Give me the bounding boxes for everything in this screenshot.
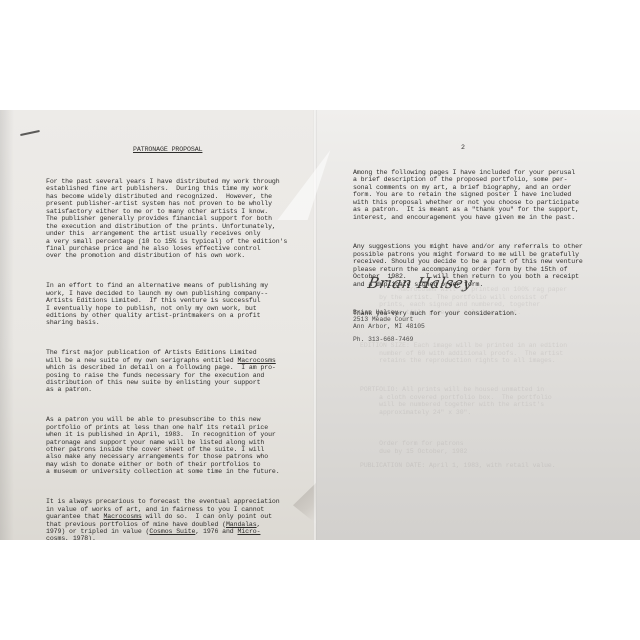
page-number: 2 (461, 144, 465, 151)
paragraph: It is always precarious to forecast the … (46, 498, 287, 540)
bleed-through-text: EDITION SIZE: Each image will be printed… (360, 342, 567, 365)
paragraph: In an effort to find an alternative mean… (46, 282, 287, 327)
paragraph: Among the following pages I have include… (353, 169, 583, 221)
pencil-mark (20, 130, 40, 136)
address-city: Ann Arbor, MI 48105 (353, 323, 425, 330)
bleed-through-text: PORTFOLIO: All prints will be housed unm… (360, 386, 552, 416)
address-phone: Ph. 313-668-7469 (353, 336, 425, 343)
paragraph: As a patron you will be able to presubsc… (46, 416, 287, 476)
bleed-through-text: PUBLICATION DATE: April 1, 1983, with re… (360, 462, 556, 470)
left-page-body: For the past several years I have distri… (46, 163, 287, 540)
page-edge-shadow (0, 110, 14, 540)
sender-address: Brian Halsey 2513 Meade Court Ann Arbor,… (353, 309, 425, 343)
document-photo: PATRONAGE PROPOSAL For the past several … (0, 110, 640, 540)
underlined-title: Macrocosms (237, 357, 275, 364)
address-name: Brian Halsey (353, 309, 398, 316)
paragraph: For the past several years I have distri… (46, 178, 287, 260)
underlined-title: Macrocosms (103, 513, 141, 520)
underlined-title: Micro- (237, 528, 260, 535)
address-street: 2513 Meade Court (353, 316, 413, 323)
paragraph: The first major publication of Artists E… (46, 349, 287, 394)
handwritten-signature: Brian Halsey (366, 274, 473, 292)
bleed-through-text: Order form for patrons due by 15 October… (360, 440, 467, 455)
left-page: PATRONAGE PROPOSAL For the past several … (0, 110, 316, 540)
page-heading: PATRONAGE PROPOSAL (133, 146, 202, 153)
underlined-title: cosms (46, 535, 65, 540)
underlined-title: Cosmos Suite (149, 528, 195, 535)
underlined-title: Mandalas (226, 521, 257, 528)
